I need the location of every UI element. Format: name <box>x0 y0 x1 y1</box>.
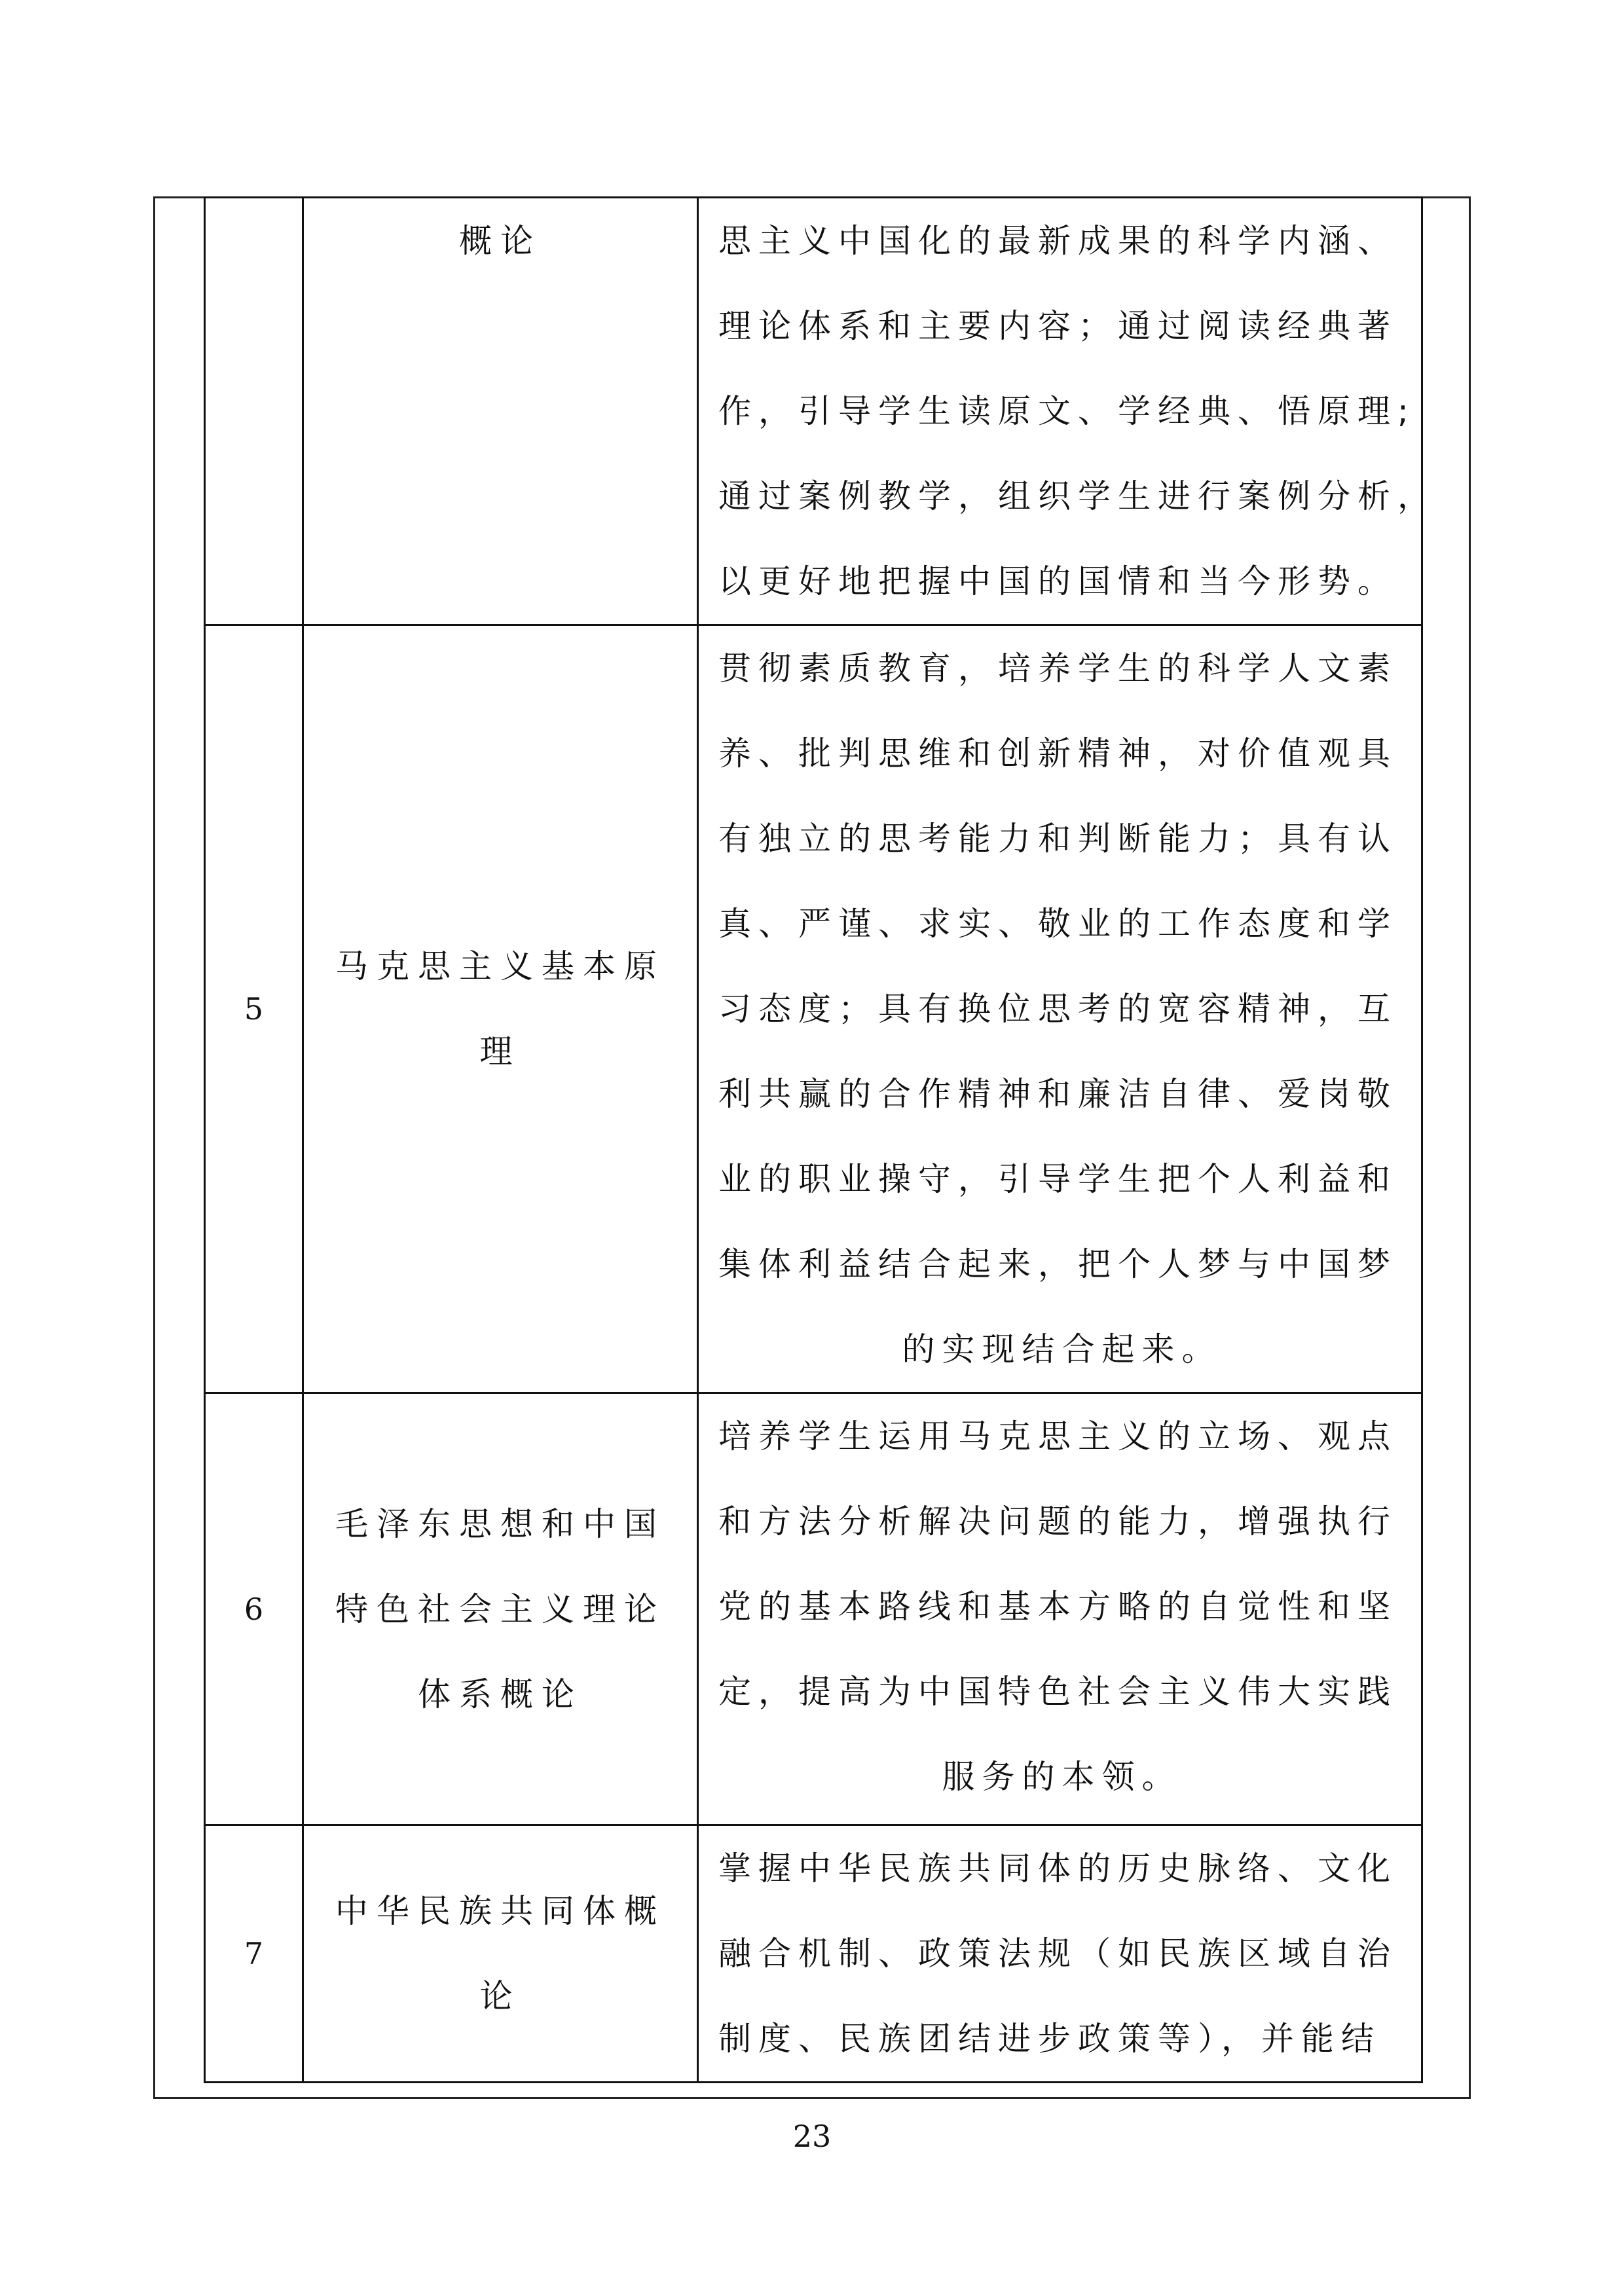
row-index: 7 <box>205 1825 303 2083</box>
description-line: 习态度；具有换位思考的宽容精神，互 <box>718 966 1405 1051</box>
course-name-line: 马克思主义基本原 <box>320 924 681 1009</box>
description-line: 融合机制、政策法规（如民族区域自治 <box>718 1911 1405 1996</box>
table-row: 概论 思主义中国化的最新成果的科学内涵、 理论体系和主要内容；通过阅读经典著 作… <box>205 198 1422 625</box>
description-line: 培养学生运用马克思主义的立场、观点 <box>718 1394 1405 1479</box>
description-line: 服务的本领。 <box>718 1734 1405 1819</box>
description-line: 理论体系和主要内容；通过阅读经典著 <box>718 283 1405 369</box>
table-row: 6 毛泽东思想和中国 特色社会主义理论 体系概论 培养学生运用马克思主义的立场、… <box>205 1393 1422 1825</box>
course-description: 贯彻素质教育，培养学生的科学人文素 养、批判思维和创新精神，对价值观具 有独立的… <box>698 625 1422 1393</box>
description-line: 思主义中国化的最新成果的科学内涵、 <box>718 198 1405 283</box>
course-name-line: 毛泽东思想和中国 <box>320 1482 681 1567</box>
course-name: 毛泽东思想和中国 特色社会主义理论 体系概论 <box>303 1393 698 1825</box>
description-line: 养、批判思维和创新精神，对价值观具 <box>718 711 1405 796</box>
course-name-line: 理 <box>320 1009 681 1094</box>
description-line: 利共赢的合作精神和廉洁自律、爱岗敬 <box>718 1051 1405 1137</box>
course-description: 思主义中国化的最新成果的科学内涵、 理论体系和主要内容；通过阅读经典著 作，引导… <box>698 198 1422 625</box>
description-line: 掌握中华民族共同体的历史脉络、文化 <box>718 1826 1405 1911</box>
description-line: 业的职业操守，引导学生把个人利益和 <box>718 1137 1405 1222</box>
description-line: 贯彻素质教育，培养学生的科学人文素 <box>718 626 1405 711</box>
course-objectives-table: 概论 思主义中国化的最新成果的科学内涵、 理论体系和主要内容；通过阅读经典著 作… <box>204 196 1423 2083</box>
table-row: 5 马克思主义基本原 理 贯彻素质教育，培养学生的科学人文素 养、批判思维和创新… <box>205 625 1422 1393</box>
description-line: 集体利益结合起来，把个人梦与中国梦 <box>718 1222 1405 1307</box>
row-index <box>205 198 303 625</box>
course-description: 培养学生运用马克思主义的立场、观点 和方法分析解决问题的能力，增强执行 党的基本… <box>698 1393 1422 1825</box>
course-name: 马克思主义基本原 理 <box>303 625 698 1393</box>
description-line: 和方法分析解决问题的能力，增强执行 <box>718 1479 1405 1564</box>
description-line: 定，提高为中国特色社会主义伟大实践 <box>718 1649 1405 1734</box>
description-line: 有独立的思考能力和判断能力；具有认 <box>718 796 1405 881</box>
description-line: 真、严谨、求实、敬业的工作态度和学 <box>718 881 1405 966</box>
course-name-line: 体系概论 <box>320 1652 681 1737</box>
row-index: 6 <box>205 1393 303 1825</box>
description-line: 以更好地把握中国的国情和当今形势。 <box>718 539 1405 624</box>
description-line: 通过案例教学，组织学生进行案例分析， <box>718 454 1405 539</box>
page-number: 23 <box>0 2119 1624 2154</box>
course-name: 中华民族共同体概 论 <box>303 1825 698 2083</box>
description-line: 制度、民族团结进步政策等），并能结 <box>718 1996 1405 2081</box>
description-line: 的实现结合起来。 <box>718 1307 1405 1392</box>
course-name-line: 中华民族共同体概 <box>320 1868 681 1954</box>
row-index: 5 <box>205 625 303 1393</box>
course-name-line: 论 <box>320 1954 681 2039</box>
course-description: 掌握中华民族共同体的历史脉络、文化 融合机制、政策法规（如民族区域自治 制度、民… <box>698 1825 1422 2083</box>
table-row: 7 中华民族共同体概 论 掌握中华民族共同体的历史脉络、文化 融合机制、政策法规… <box>205 1825 1422 2083</box>
course-name: 概论 <box>303 198 698 625</box>
description-line: 党的基本路线和基本方略的自觉性和坚 <box>718 1564 1405 1649</box>
course-name-line: 特色社会主义理论 <box>320 1567 681 1652</box>
course-name-line: 概论 <box>320 198 681 283</box>
description-line: 作，引导学生读原文、学经典、悟原理; <box>718 369 1405 454</box>
